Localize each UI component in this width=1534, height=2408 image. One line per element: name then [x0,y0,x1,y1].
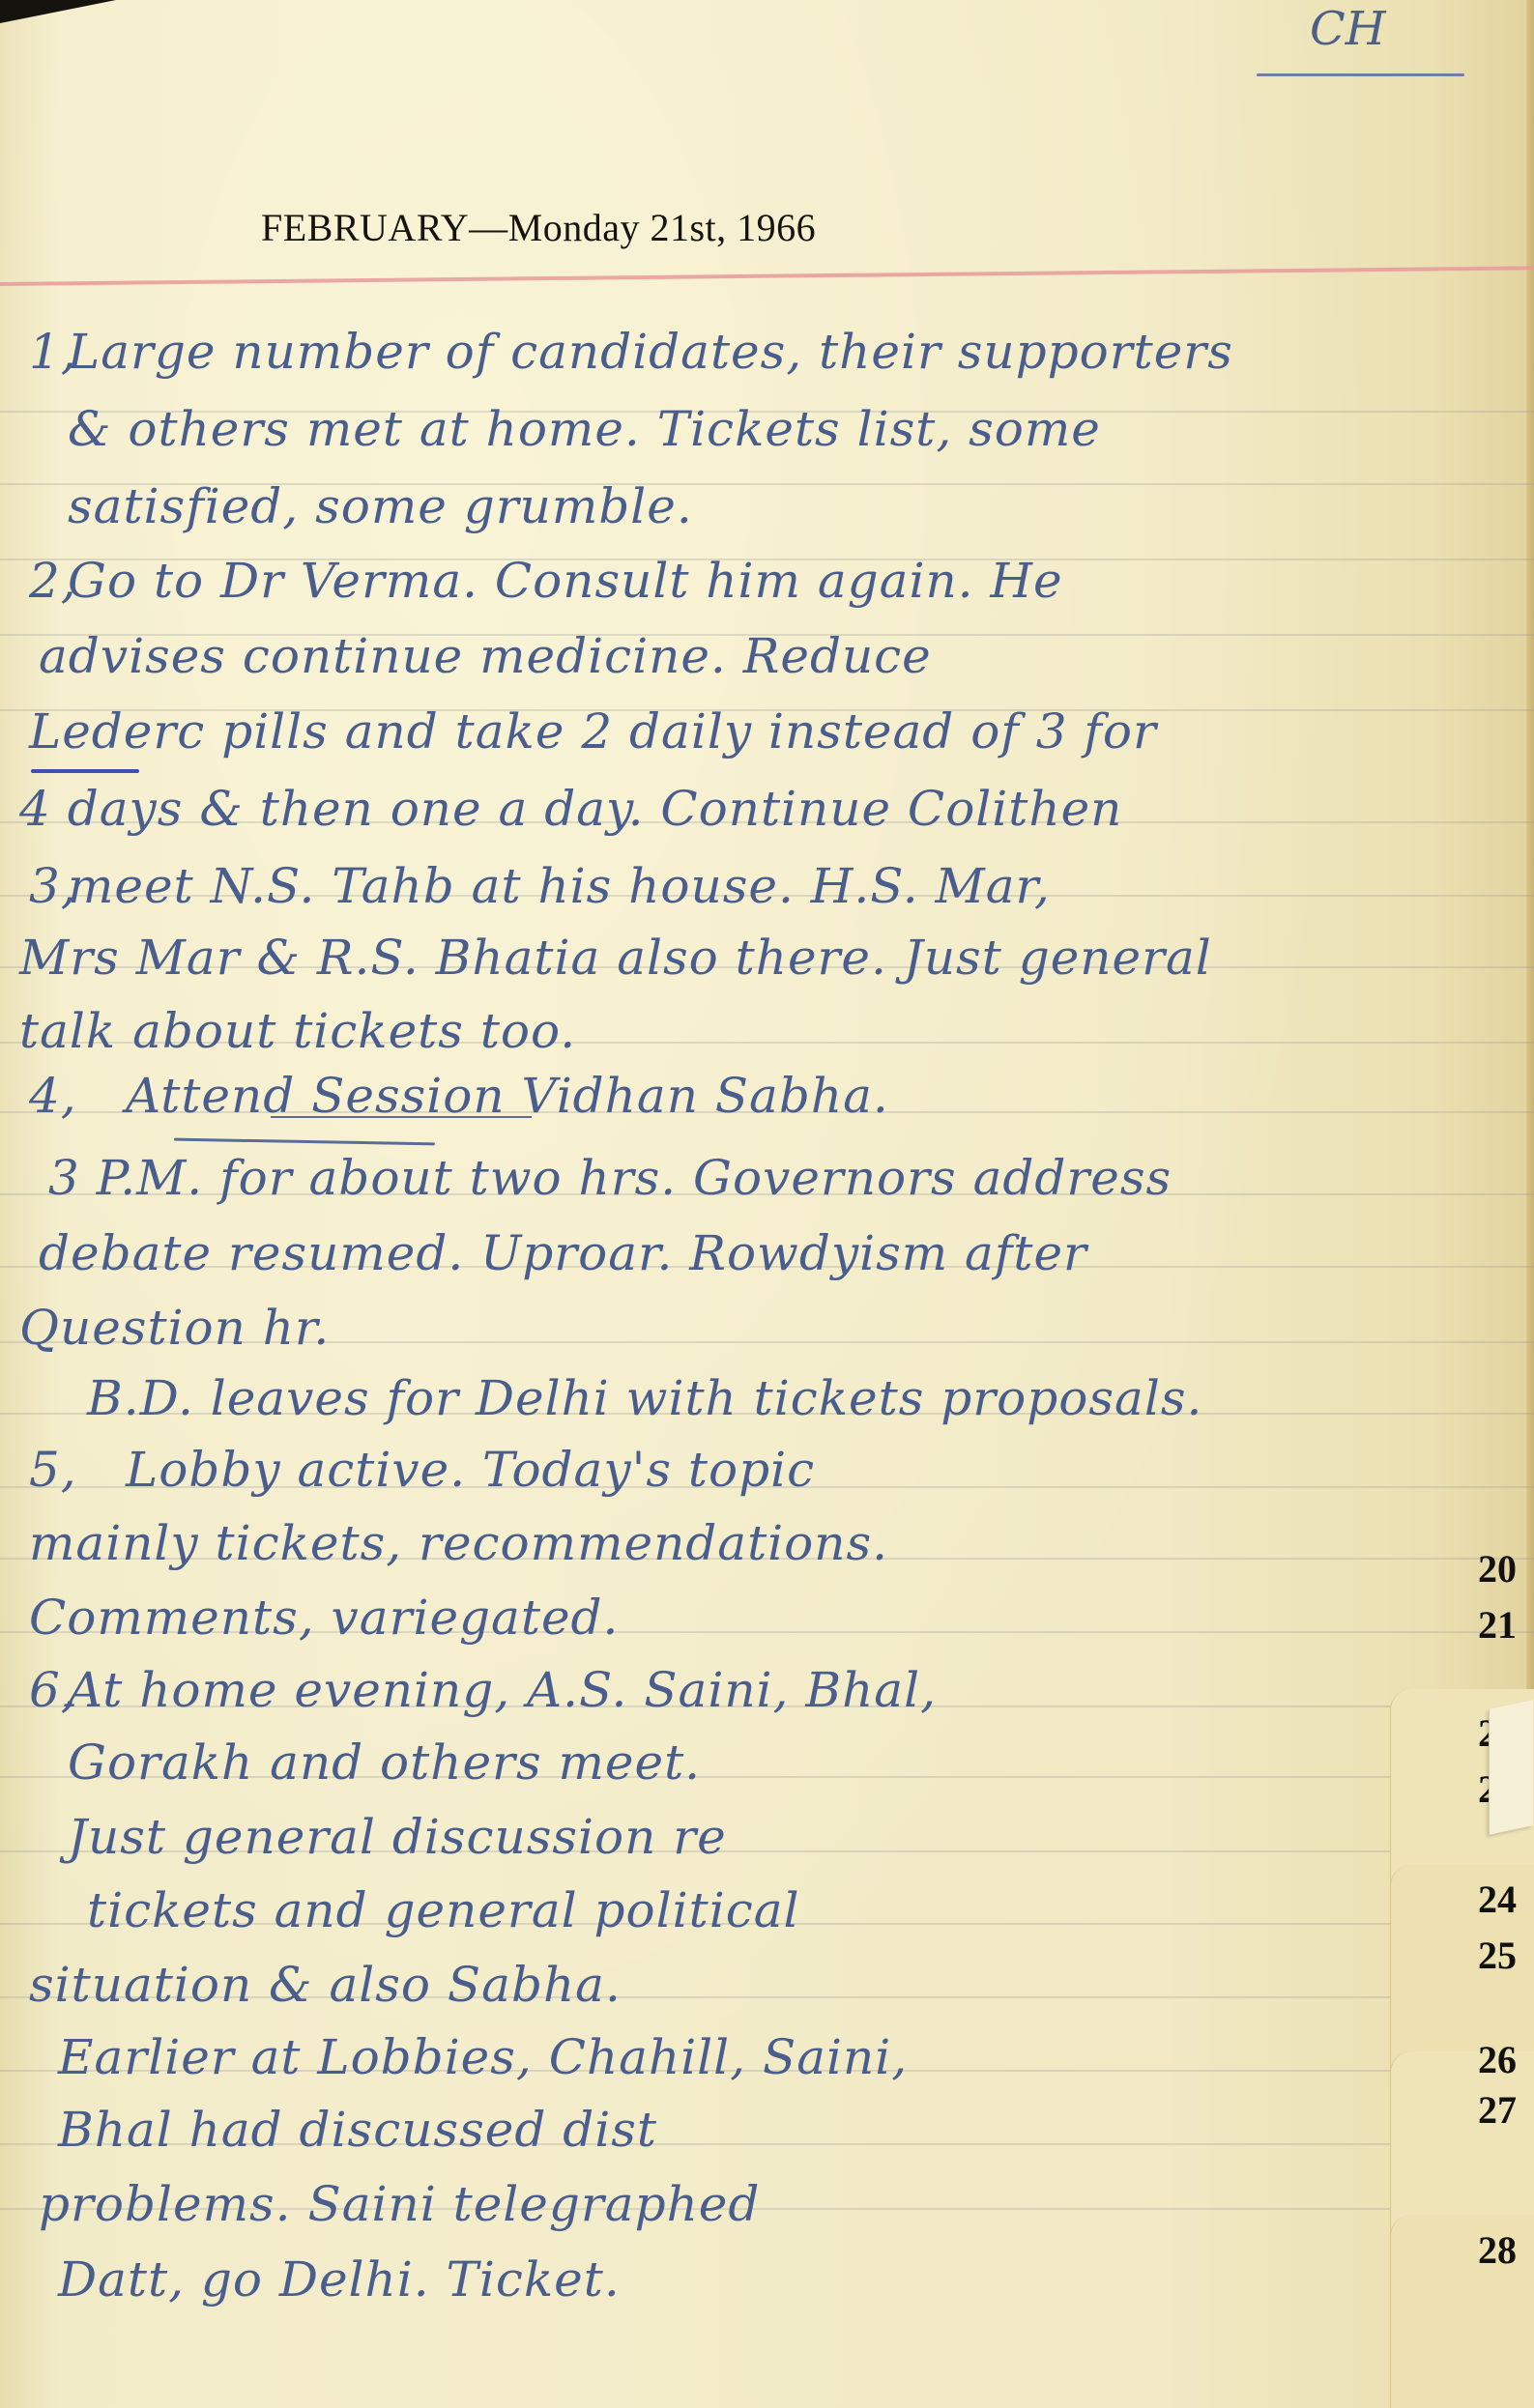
diary-page: CH FEBRUARY—Monday 21st, 1966 1,Large nu… [0,0,1534,2408]
entry-2-line-2: advises continue medicine. Reduce [39,628,932,684]
governor-overline [174,1138,435,1146]
entry-1-line-3: satisfied, some grumble. [68,478,693,534]
red-margin-line [0,266,1534,286]
entry-2-line-3: Lederc pills and take 2 daily instead of… [29,703,1157,760]
entry-3-line-3: talk about tickets too. [19,1003,576,1059]
page-date-header: FEBRUARY—Monday 21st, 1966 [261,205,816,250]
entry-6-line-1: 6,At home evening, A.S. Saini, Bhal, [29,1662,937,1718]
date-tab-strip: 20 21 22 23 24 25 26 27 28 [1390,1507,1534,2408]
corner-rule-line [1257,73,1464,76]
entry-number: 1, [29,324,68,380]
entry-2-line-1: 2,Go to Dr Verma. Consult him again. He [29,553,1063,609]
folded-tab-corner [1489,1700,1533,1835]
entry-number: 5, [29,1442,68,1498]
entry-4-line-2: 3 P.M. for about two hrs. Governors addr… [48,1150,1172,1206]
entry-4-line-3: debate resumed. Uproar. Rowdyism after [39,1225,1087,1281]
entry-number: 4, [29,1068,68,1124]
date-25: 25 [1449,1933,1517,1978]
session-underline [271,1116,532,1118]
date-27: 27 [1449,2087,1517,2133]
entry-1-line-2: & others met at home. Tickets list, some [68,401,1101,457]
date-20: 20 [1449,1546,1517,1591]
date-28: 28 [1449,2227,1517,2273]
entry-3-line-1: 3,meet N.S. Tahb at his house. H.S. Mar, [29,858,1051,914]
entry-6-line-6: Earlier at Lobbies, Chahill, Saini, [58,2029,908,2085]
entry-5-line-2: mainly tickets, recommendations. [29,1515,888,1571]
entry-4-line-4: Question hr. [19,1300,330,1356]
entry-number: 2, [29,553,68,609]
date-21: 21 [1449,1602,1517,1648]
entry-6-line-8: problems. Saini telegraphed [39,2176,760,2232]
entry-6-line-7: Bhal had discussed dist [58,2102,657,2158]
entry-6-line-9: Datt, go Delhi. Ticket. [58,2251,621,2308]
entry-6-line-5: situation & also Sabha. [29,1957,622,2013]
entry-6-line-4: tickets and general political [87,1882,800,1938]
corner-annotation: CH [1310,2,1386,56]
date-24: 24 [1449,1877,1517,1922]
entry-6-line-3: Just general discussion re [68,1809,727,1865]
entry-2-line-4: 4 days & then one a day. Continue Colith… [19,781,1122,837]
entry-4-line-5: B.D. leaves for Delhi with tickets propo… [87,1370,1202,1426]
entry-1-line-1: 1,Large number of candidates, their supp… [29,324,1233,380]
entry-number: 6, [29,1662,68,1718]
entry-5-line-1: 5,Lobby active. Today's topic [29,1442,815,1498]
entry-number: 3, [29,858,68,914]
entry-3-line-2: Mrs Mar & R.S. Bhatia also there. Just g… [19,930,1212,986]
blue-pen-overline [31,769,139,773]
entry-6-line-2: Gorakh and others meet. [68,1734,701,1791]
date-26: 26 [1449,2037,1517,2082]
entry-5-line-3: Comments, variegated. [29,1590,619,1646]
scan-corner-shadow [0,0,116,23]
